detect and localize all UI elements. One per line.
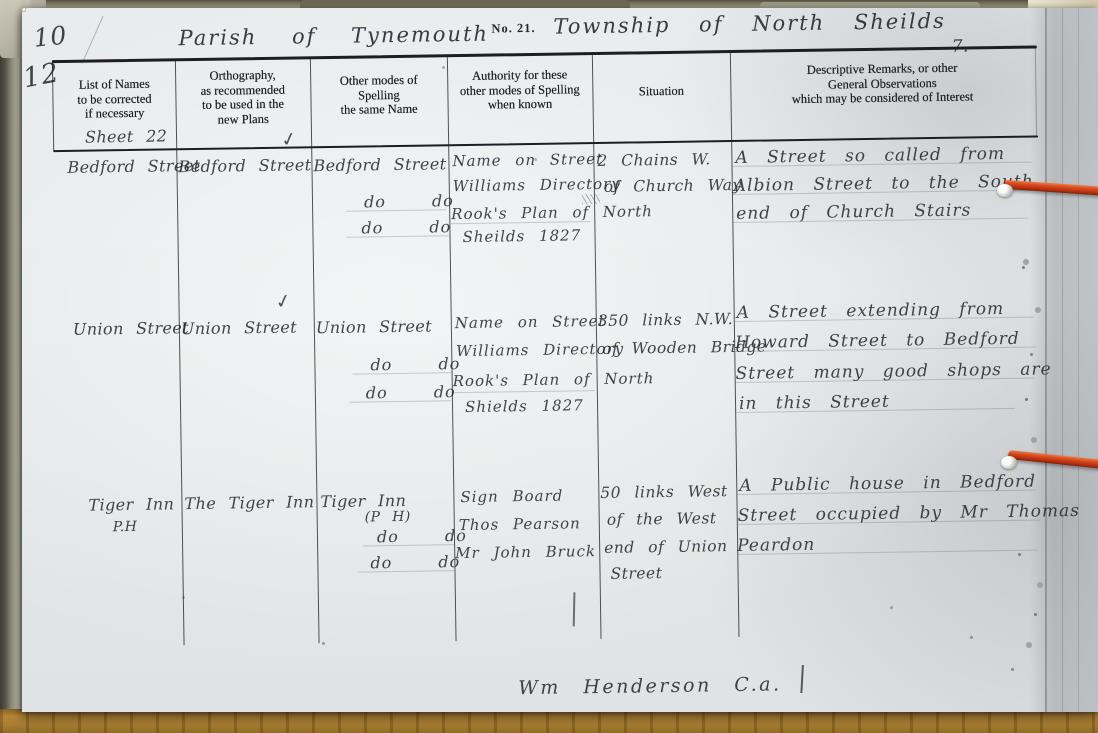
r3-situation-line: Street <box>610 564 662 583</box>
binding-cord-eyelet <box>1001 456 1017 469</box>
r1-other-spelling-line: Bedford Street <box>313 154 446 175</box>
ditto-underline <box>346 209 446 211</box>
column-header-remarks: Descriptive Remarks, or other General Ob… <box>731 60 1034 108</box>
stray-ink-mark <box>573 592 576 626</box>
check-mark: ✓ <box>279 127 299 152</box>
r2-authority-line: Name on Street <box>455 312 606 332</box>
parish-header: Parish of Tynemouth <box>178 22 489 51</box>
ruled-guide-line <box>453 390 595 393</box>
table-right-border <box>1035 48 1037 136</box>
column-header-authority: Authority for these other modes of Spell… <box>448 67 592 113</box>
r1-authority-line: Name on Street <box>452 150 603 170</box>
r1-orthography: Bedford Street <box>178 155 311 176</box>
r2-orthography: Union Street <box>181 317 297 338</box>
pin-holes <box>22 8 26 12</box>
ditto-underline <box>349 400 451 403</box>
check-mark: ✓ <box>273 289 293 314</box>
r1-authority-line: Rook's Plan of North <box>451 202 653 223</box>
r3-names: Tiger Inn <box>88 494 174 514</box>
r2-authority-line: Williams Directory <box>456 340 624 360</box>
wooden-table-surface <box>0 709 1098 733</box>
r3-authority-line: Sign Board <box>460 487 563 507</box>
r2-situation-line: 350 links N.W. <box>598 310 734 330</box>
binding-cord-eyelet <box>997 184 1013 197</box>
stray-ink-mark <box>800 665 804 693</box>
r2-authority-line: Rook's Plan of North <box>453 369 655 390</box>
column-header-orthography: Orthography, as recommended to be used i… <box>176 67 310 127</box>
r3-orthography: The Tiger Inn <box>184 492 314 513</box>
ditto-underline <box>353 372 453 374</box>
r1-authority-line: Sheilds 1827 <box>462 226 581 246</box>
r2-authority-line: Shields 1827 <box>465 396 584 416</box>
page-number-left: 10 <box>32 20 69 52</box>
ditto-underline <box>363 544 455 546</box>
r3-authority-line: Mr John Bruck <box>455 542 596 562</box>
r2-names: Union Street <box>73 318 189 339</box>
r3-situation-line: 50 links West <box>600 482 728 502</box>
r1-authority-line: Williams Directory <box>453 175 621 195</box>
township-header: Township of North Sheilds <box>553 9 946 39</box>
column-header-names: List of Names to be corrected if necessa… <box>54 76 175 121</box>
ledger-page: 10 12 Parish of Tynemouth No. 21. Townsh… <box>22 8 1098 712</box>
column-header-other-spelling: Other modes of Spelling the same Name <box>311 72 447 117</box>
form-number: No. 21. <box>491 21 535 37</box>
r3-names-line: P.H <box>113 519 138 535</box>
r3-situation-line: of the West <box>607 509 717 529</box>
r3-situation-line: end of Union <box>604 537 728 557</box>
sheet-note: Sheet 22 <box>85 126 168 146</box>
surveyor-signature: Wm Henderson C.a. <box>518 673 782 699</box>
r1-situation-line: 2 Chains W. <box>597 150 711 170</box>
r3-other-spelling-line: (P H) <box>365 509 411 526</box>
r1-situation-line: of Church Way <box>604 176 742 196</box>
r2-other-spelling-line: Union Street <box>316 316 432 337</box>
sheet-content: 10 12 Parish of Tynemouth No. 21. Townsh… <box>13 0 1098 713</box>
ditto-underline <box>347 235 449 238</box>
r3-authority-line: Thos Pearson <box>459 514 581 534</box>
column-header-situation: Situation <box>593 83 729 100</box>
ditto-underline <box>357 570 455 572</box>
ink-smudge <box>582 194 600 204</box>
